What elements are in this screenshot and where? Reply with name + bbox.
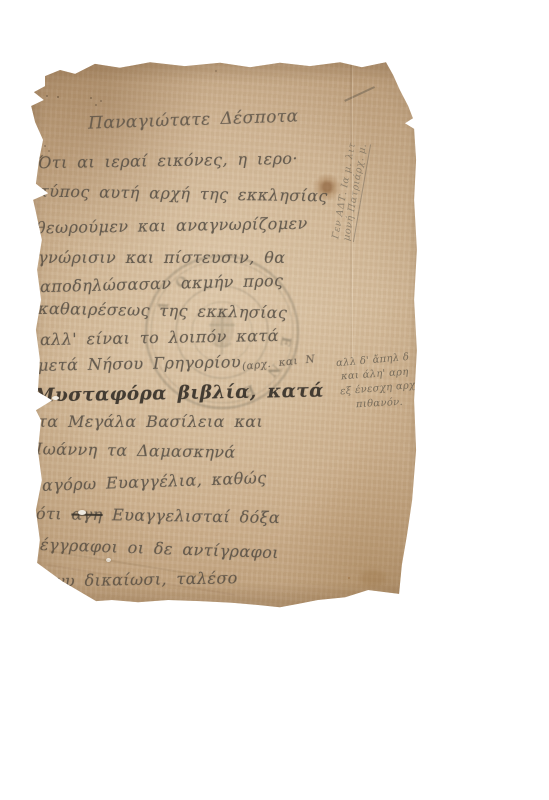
margin-note: πιθανόν. (356, 397, 404, 410)
handwriting-line: τύπος αυτή αρχή της εκκλησίας (40, 182, 328, 205)
handwriting-line: ότι αγη Ευαγγελισταί δόξα (36, 505, 280, 527)
vertical-margin-note: Γεν ΑΔΤ. Ια μ. λιτ μονή Πατριάρχ. μ. (330, 90, 390, 244)
handwriting-line: καθαιρέσεως της εκκλησίας (38, 300, 288, 322)
handwriting-line: μετά Νήσου Γρηγορίου (38, 353, 241, 374)
crossed-out-word: αγη (71, 504, 102, 524)
letter-page: Ε Ν Ε Α Ο Παναγιώτατε Δέσποτα Ότι αι ιερ… (28, 55, 424, 610)
handwriting-line: Ότι αι ιεραί εικόνες, η ιερο· (38, 150, 298, 172)
margin-note: εξ ένεσχη αρχ. (340, 380, 420, 398)
handwriting-line: αλλ' είναι το λοιπόν κατά (40, 327, 279, 349)
paper-hole (52, 396, 59, 400)
salutation-line: Παναγιώτατε Δέσποτα (88, 107, 299, 133)
line-13-pre: ότι (36, 504, 72, 524)
vertical-crease (350, 59, 352, 359)
handwriting-line: θεωρούμεν και αναγνωρίζομεν (36, 215, 308, 237)
stain-smudge (360, 570, 386, 586)
handwriting-line: αγόρω Ευαγγέλια, καθώς (42, 469, 267, 494)
line-13-post: Ευαγγελισταί δόξα (102, 505, 280, 527)
handwriting-line: Ιωάννη τα Δαμασκηνά (36, 440, 236, 461)
margin-note: και άλη' αρη (341, 367, 409, 383)
handwriting-line: γνώρισιν και πίστευσιν, θα (38, 249, 286, 267)
handwriting-line: έγγραφοι οι δε αντίγραφοι (40, 536, 279, 562)
paper-hole (78, 510, 86, 515)
scanner-background: Ε Ν Ε Α Ο Παναγιώτατε Δέσποτα Ότι αι ιερ… (0, 0, 549, 800)
dirt-speckles (28, 55, 30, 57)
handwriting-line: έγγυ δικαίωσι, ταλέσο (36, 569, 238, 590)
handwriting-line: τα Μεγάλα Βασίλεια και (38, 413, 263, 431)
